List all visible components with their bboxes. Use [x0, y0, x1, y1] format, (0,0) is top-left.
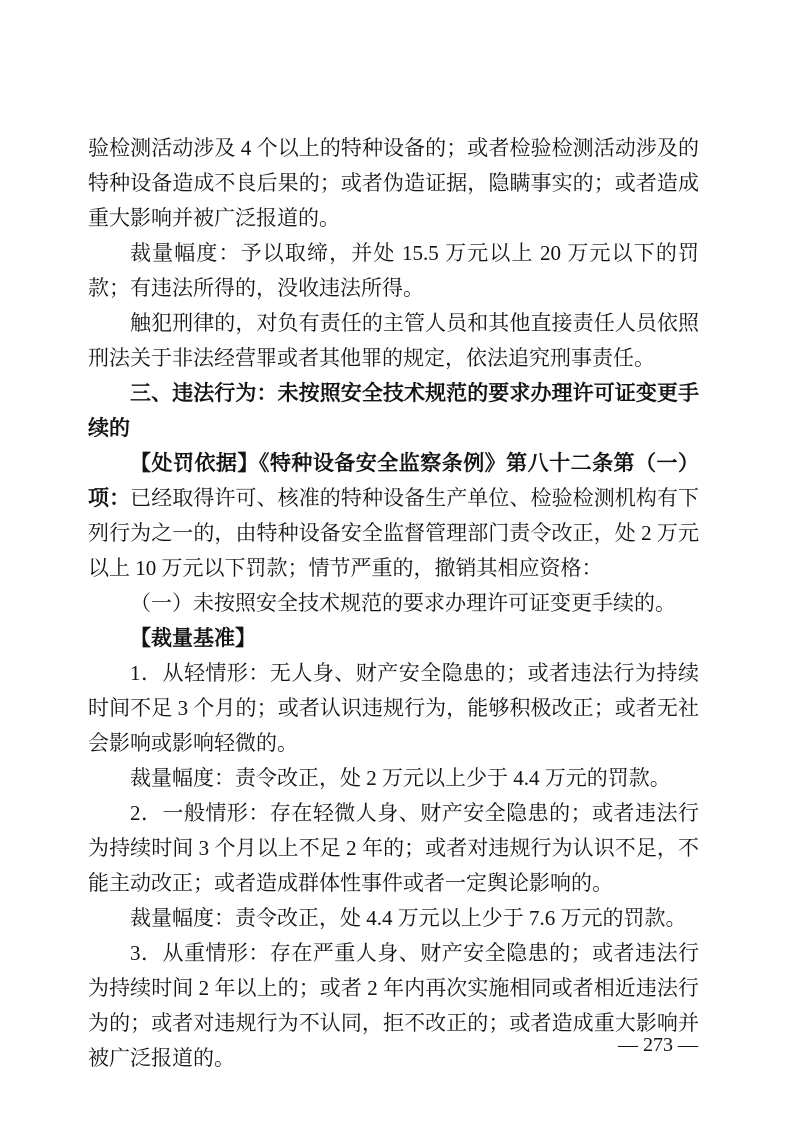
- text-run: 已经取得许可、核准的特种设备生产单位、检验检测机构有下列行为之一的，由特种设备安…: [88, 486, 699, 580]
- lenient-case-paragraph: 1．从轻情形：无人身、财产安全隐患的；或者违法行为持续时间不足 3 个月的；或者…: [88, 656, 699, 761]
- text-run: （一）未按照安全技术规范的要求办理许可证变更手续的。: [130, 591, 676, 615]
- bold-text-run: 【裁量基准】: [130, 627, 256, 650]
- document-page: 验检测活动涉及 4 个以上的特种设备的；或者检验检测活动涉及的特种设备造成不良后…: [0, 0, 793, 1122]
- general-case-paragraph: 2．一般情形：存在轻微人身、财产安全隐患的；或者违法行为持续时间 3 个月以上不…: [88, 796, 699, 901]
- page-footer: — 273 —: [618, 1031, 698, 1059]
- document-body: 验检测活动涉及 4 个以上的特种设备的；或者检验检测活动涉及的特种设备造成不良后…: [88, 131, 699, 1076]
- text-run: 3．从重情形：存在严重人身、财产安全隐患的；或者违法行为持续时间 2 年以上的；…: [88, 941, 699, 1070]
- text-run: 验检测活动涉及 4 个以上的特种设备的；或者检验检测活动涉及的特种设备造成不良后…: [88, 136, 699, 230]
- text-run: 1．从轻情形：无人身、财产安全隐患的；或者违法行为持续时间不足 3 个月的；或者…: [88, 661, 699, 755]
- discretion-benchmark-heading: 【裁量基准】: [88, 621, 699, 656]
- page-number: — 273 —: [618, 1034, 698, 1056]
- text-run: 裁量幅度：责令改正，处 4.4 万元以上少于 7.6 万元的罚款。: [130, 906, 687, 930]
- severe-case-paragraph: 3．从重情形：存在严重人身、财产安全隐患的；或者违法行为持续时间 2 年以上的；…: [88, 936, 699, 1076]
- penalty-basis-paragraph: 【处罚依据】《特种设备安全监察条例》第八十二条第（一）项：已经取得许可、核准的特…: [88, 446, 699, 586]
- criminal-liability-paragraph: 触犯刑律的，对负有责任的主管人员和其他直接责任人员依照刑法关于非法经营罪或者其他…: [88, 306, 699, 376]
- text-run: 2．一般情形：存在轻微人身、财产安全隐患的；或者违法行为持续时间 3 个月以上不…: [88, 801, 699, 895]
- general-penalty-range-paragraph: 裁量幅度：责令改正，处 4.4 万元以上少于 7.6 万元的罚款。: [88, 901, 699, 936]
- text-run: 裁量幅度：责令改正，处 2 万元以上少于 4.4 万元的罚款。: [130, 766, 671, 790]
- text-run: 触犯刑律的，对负有责任的主管人员和其他直接责任人员依照刑法关于非法经营罪或者其他…: [88, 311, 699, 370]
- continuation-paragraph: 验检测活动涉及 4 个以上的特种设备的；或者检验检测活动涉及的特种设备造成不良后…: [88, 131, 699, 236]
- violation-heading: 三、违法行为：未按照安全技术规范的要求办理许可证变更手续的: [88, 376, 699, 446]
- item-one-paragraph: （一）未按照安全技术规范的要求办理许可证变更手续的。: [88, 586, 699, 621]
- penalty-range-paragraph: 裁量幅度：予以取缔，并处 15.5 万元以上 20 万元以下的罚款；有违法所得的…: [88, 236, 699, 306]
- bold-text-run: 三、违法行为：未按照安全技术规范的要求办理许可证变更手续的: [88, 382, 699, 440]
- text-run: 裁量幅度：予以取缔，并处 15.5 万元以上 20 万元以下的罚款；有违法所得的…: [88, 241, 699, 300]
- lenient-penalty-range-paragraph: 裁量幅度：责令改正，处 2 万元以上少于 4.4 万元的罚款。: [88, 761, 699, 796]
